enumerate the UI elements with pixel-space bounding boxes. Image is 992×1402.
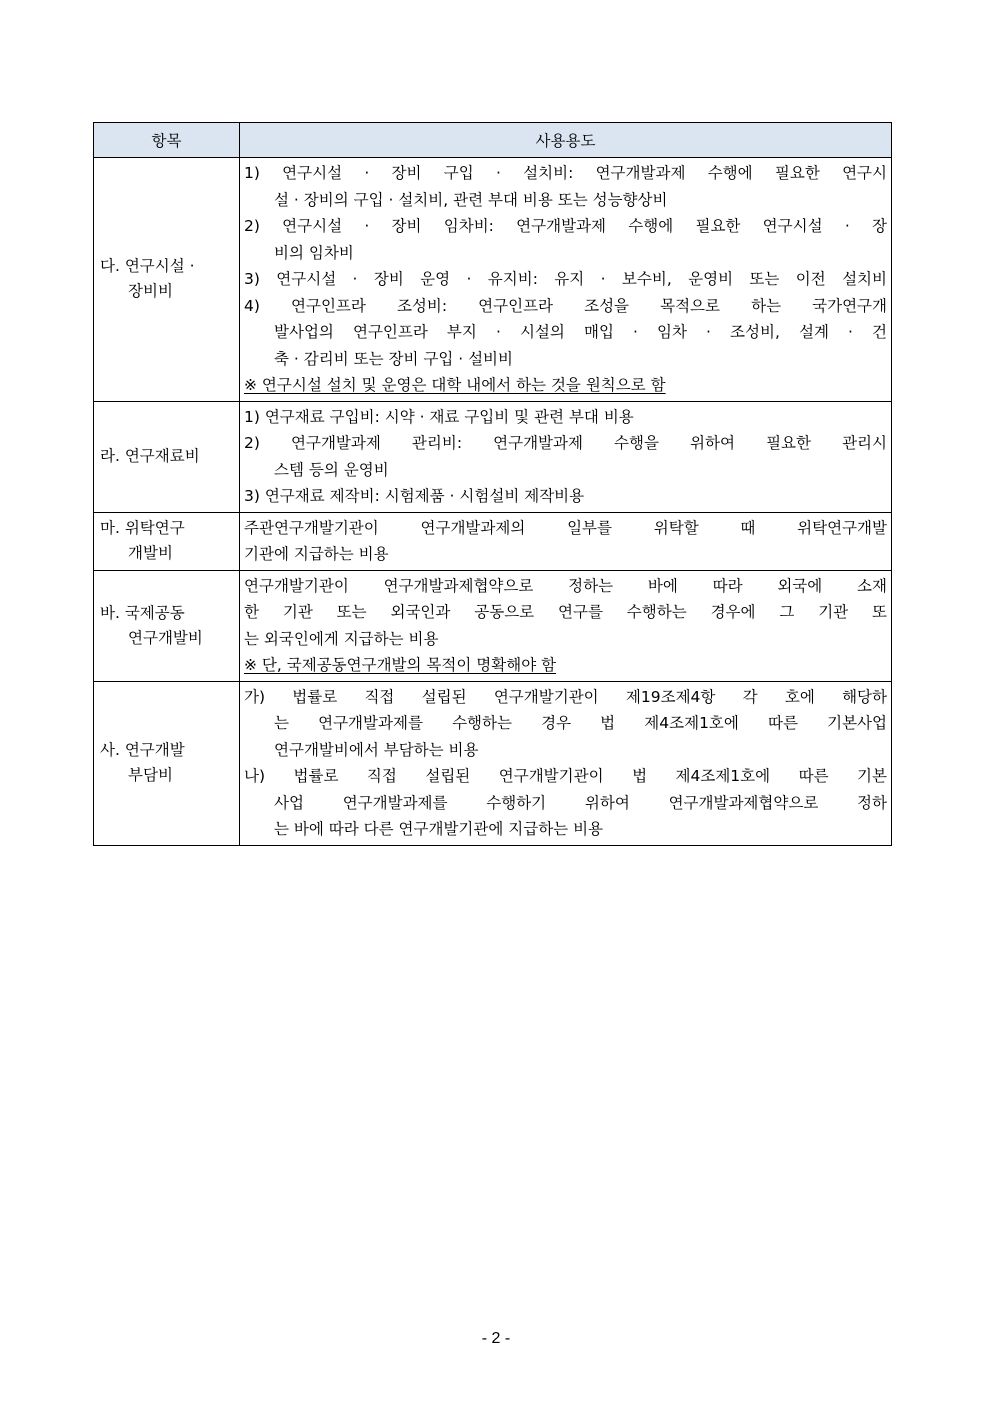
- line-text: 사업 연구개발과제를 수행하기 위하여 연구개발과제협약으로 정하: [274, 794, 887, 812]
- page-number: - 2 -: [0, 1330, 992, 1348]
- category-cell: 라. 연구재료비: [94, 401, 240, 512]
- line-text: 3) 연구재료 제작비: 시험제품 · 시험설비 제작비용: [244, 487, 584, 505]
- line-text: 발사업의 연구인프라 부지 · 시설의 매입 · 임차 · 조성비, 설계 · …: [274, 323, 887, 341]
- table-row: 라. 연구재료비1) 연구재료 구입비: 시약 · 재료 구입비 및 관련 부대…: [94, 401, 892, 512]
- usage-line: 나) 법률로 직접 설립된 연구개발기관이 법 제4조제1호에 따른 기본: [244, 763, 887, 790]
- line-text: 연구개발비에서 부담하는 비용: [274, 741, 479, 759]
- usage-line: 2) 연구시설 · 장비 임차비: 연구개발과제 수행에 필요한 연구시설 · …: [244, 213, 887, 240]
- line-text: 기관에 지급하는 비용: [244, 545, 389, 563]
- usage-line: 기관에 지급하는 비용: [244, 541, 887, 568]
- note-line: ※ 단, 국제공동연구개발의 목적이 명확해야 함: [244, 652, 887, 679]
- usage-line: 연구개발비에서 부담하는 비용: [244, 737, 887, 764]
- usage-line: 연구개발기관이 연구개발과제협약으로 정하는 바에 따라 외국에 소재: [244, 573, 887, 600]
- usage-line: 사업 연구개발과제를 수행하기 위하여 연구개발과제협약으로 정하: [244, 790, 887, 817]
- header-usage: 사용용도: [240, 123, 892, 158]
- category-label: 마. 위탁연구: [100, 516, 235, 541]
- usage-line: 는 외국인에게 지급하는 비용: [244, 626, 887, 653]
- line-text: 연구개발기관이 연구개발과제협약으로 정하는 바에 따라 외국에 소재: [244, 577, 887, 595]
- usage-line: 가) 법률로 직접 설립된 연구개발기관이 제19조제4항 각 호에 해당하: [244, 684, 887, 711]
- table-row: 사. 연구개발부담비가) 법률로 직접 설립된 연구개발기관이 제19조제4항 …: [94, 681, 892, 845]
- usage-cell: 1) 연구시설 · 장비 구입 · 설치비: 연구개발과제 수행에 필요한 연구…: [240, 158, 892, 402]
- line-text: ※ 연구시설 설치 및 운영은 대학 내에서 하는 것을 원칙으로 함: [244, 376, 666, 394]
- line-text: 한 기관 또는 외국인과 공동으로 연구를 수행하는 경우에 그 기관 또: [244, 603, 887, 621]
- category-cell: 사. 연구개발부담비: [94, 681, 240, 845]
- line-text: 축 · 감리비 또는 장비 구입 · 설비비: [274, 350, 513, 368]
- table-row: 다. 연구시설 ·장비비1) 연구시설 · 장비 구입 · 설치비: 연구개발과…: [94, 158, 892, 402]
- usage-cell: 1) 연구재료 구입비: 시약 · 재료 구입비 및 관련 부대 비용2) 연구…: [240, 401, 892, 512]
- line-text: 3) 연구시설 · 장비 운영 · 유지비: 유지 · 보수비, 운영비 또는 …: [244, 270, 887, 288]
- category-label: 사. 연구개발: [100, 738, 235, 763]
- line-text: 1) 연구재료 구입비: 시약 · 재료 구입비 및 관련 부대 비용: [244, 408, 634, 426]
- usage-cell: 가) 법률로 직접 설립된 연구개발기관이 제19조제4항 각 호에 해당하는 …: [240, 681, 892, 845]
- usage-line: 2) 연구개발과제 관리비: 연구개발과제 수행을 위하여 필요한 관리시: [244, 430, 887, 457]
- category-cell: 마. 위탁연구개발비: [94, 512, 240, 570]
- usage-line: 4) 연구인프라 조성비: 연구인프라 조성을 목적으로 하는 국가연구개: [244, 293, 887, 320]
- header-item: 항목: [94, 123, 240, 158]
- budget-usage-table: 항목 사용용도 다. 연구시설 ·장비비1) 연구시설 · 장비 구입 · 설치…: [93, 122, 892, 846]
- line-text: 나) 법률로 직접 설립된 연구개발기관이 법 제4조제1호에 따른 기본: [244, 767, 887, 785]
- line-text: 는 연구개발과제를 수행하는 경우 법 제4조제1호에 따른 기본사업: [274, 714, 887, 732]
- line-text: 스템 등의 운영비: [274, 461, 389, 479]
- table-row: 마. 위탁연구개발비주관연구개발기관이 연구개발과제의 일부를 위탁할 때 위탁…: [94, 512, 892, 570]
- usage-line: 비의 임차비: [244, 240, 887, 267]
- category-label: 장비비: [100, 279, 235, 304]
- document-page: 항목 사용용도 다. 연구시설 ·장비비1) 연구시설 · 장비 구입 · 설치…: [0, 0, 992, 1402]
- category-label: 개발비: [100, 541, 235, 566]
- table-header-row: 항목 사용용도: [94, 123, 892, 158]
- category-cell: 바. 국제공동연구개발비: [94, 570, 240, 681]
- category-label: 부담비: [100, 763, 235, 788]
- line-text: 설 · 장비의 구입 · 설치비, 관련 부대 비용 또는 성능향상비: [274, 191, 667, 209]
- usage-line: 축 · 감리비 또는 장비 구입 · 설비비: [244, 346, 887, 373]
- category-label: 바. 국제공동: [100, 601, 235, 626]
- category-label: 다. 연구시설 ·: [100, 254, 235, 279]
- usage-line: 는 바에 따라 다른 연구개발기관에 지급하는 비용: [244, 816, 887, 843]
- usage-cell: 연구개발기관이 연구개발과제협약으로 정하는 바에 따라 외국에 소재한 기관 …: [240, 570, 892, 681]
- line-text: 는 바에 따라 다른 연구개발기관에 지급하는 비용: [274, 820, 603, 838]
- line-text: 는 외국인에게 지급하는 비용: [244, 630, 438, 648]
- line-text: 2) 연구시설 · 장비 임차비: 연구개발과제 수행에 필요한 연구시설 · …: [244, 217, 887, 235]
- usage-line: 발사업의 연구인프라 부지 · 시설의 매입 · 임차 · 조성비, 설계 · …: [244, 319, 887, 346]
- line-text: 가) 법률로 직접 설립된 연구개발기관이 제19조제4항 각 호에 해당하: [244, 688, 887, 706]
- category-label: 연구개발비: [100, 626, 235, 651]
- usage-line: 설 · 장비의 구입 · 설치비, 관련 부대 비용 또는 성능향상비: [244, 187, 887, 214]
- usage-line: 1) 연구시설 · 장비 구입 · 설치비: 연구개발과제 수행에 필요한 연구…: [244, 160, 887, 187]
- table-row: 바. 국제공동연구개발비연구개발기관이 연구개발과제협약으로 정하는 바에 따라…: [94, 570, 892, 681]
- usage-cell: 주관연구개발기관이 연구개발과제의 일부를 위탁할 때 위탁연구개발기관에 지급…: [240, 512, 892, 570]
- line-text: 4) 연구인프라 조성비: 연구인프라 조성을 목적으로 하는 국가연구개: [244, 297, 887, 315]
- usage-line: 3) 연구시설 · 장비 운영 · 유지비: 유지 · 보수비, 운영비 또는 …: [244, 266, 887, 293]
- line-text: 1) 연구시설 · 장비 구입 · 설치비: 연구개발과제 수행에 필요한 연구…: [244, 164, 887, 182]
- usage-line: 1) 연구재료 구입비: 시약 · 재료 구입비 및 관련 부대 비용: [244, 404, 887, 431]
- line-text: 주관연구개발기관이 연구개발과제의 일부를 위탁할 때 위탁연구개발: [244, 519, 887, 537]
- usage-line: 3) 연구재료 제작비: 시험제품 · 시험설비 제작비용: [244, 483, 887, 510]
- usage-line: 스템 등의 운영비: [244, 457, 887, 484]
- category-label: 라. 연구재료비: [100, 444, 235, 469]
- usage-line: 주관연구개발기관이 연구개발과제의 일부를 위탁할 때 위탁연구개발: [244, 515, 887, 542]
- line-text: 2) 연구개발과제 관리비: 연구개발과제 수행을 위하여 필요한 관리시: [244, 434, 887, 452]
- category-cell: 다. 연구시설 ·장비비: [94, 158, 240, 402]
- usage-line: 한 기관 또는 외국인과 공동으로 연구를 수행하는 경우에 그 기관 또: [244, 599, 887, 626]
- line-text: ※ 단, 국제공동연구개발의 목적이 명확해야 함: [244, 656, 556, 674]
- note-line: ※ 연구시설 설치 및 운영은 대학 내에서 하는 것을 원칙으로 함: [244, 372, 887, 399]
- line-text: 비의 임차비: [274, 244, 354, 262]
- usage-line: 는 연구개발과제를 수행하는 경우 법 제4조제1호에 따른 기본사업: [244, 710, 887, 737]
